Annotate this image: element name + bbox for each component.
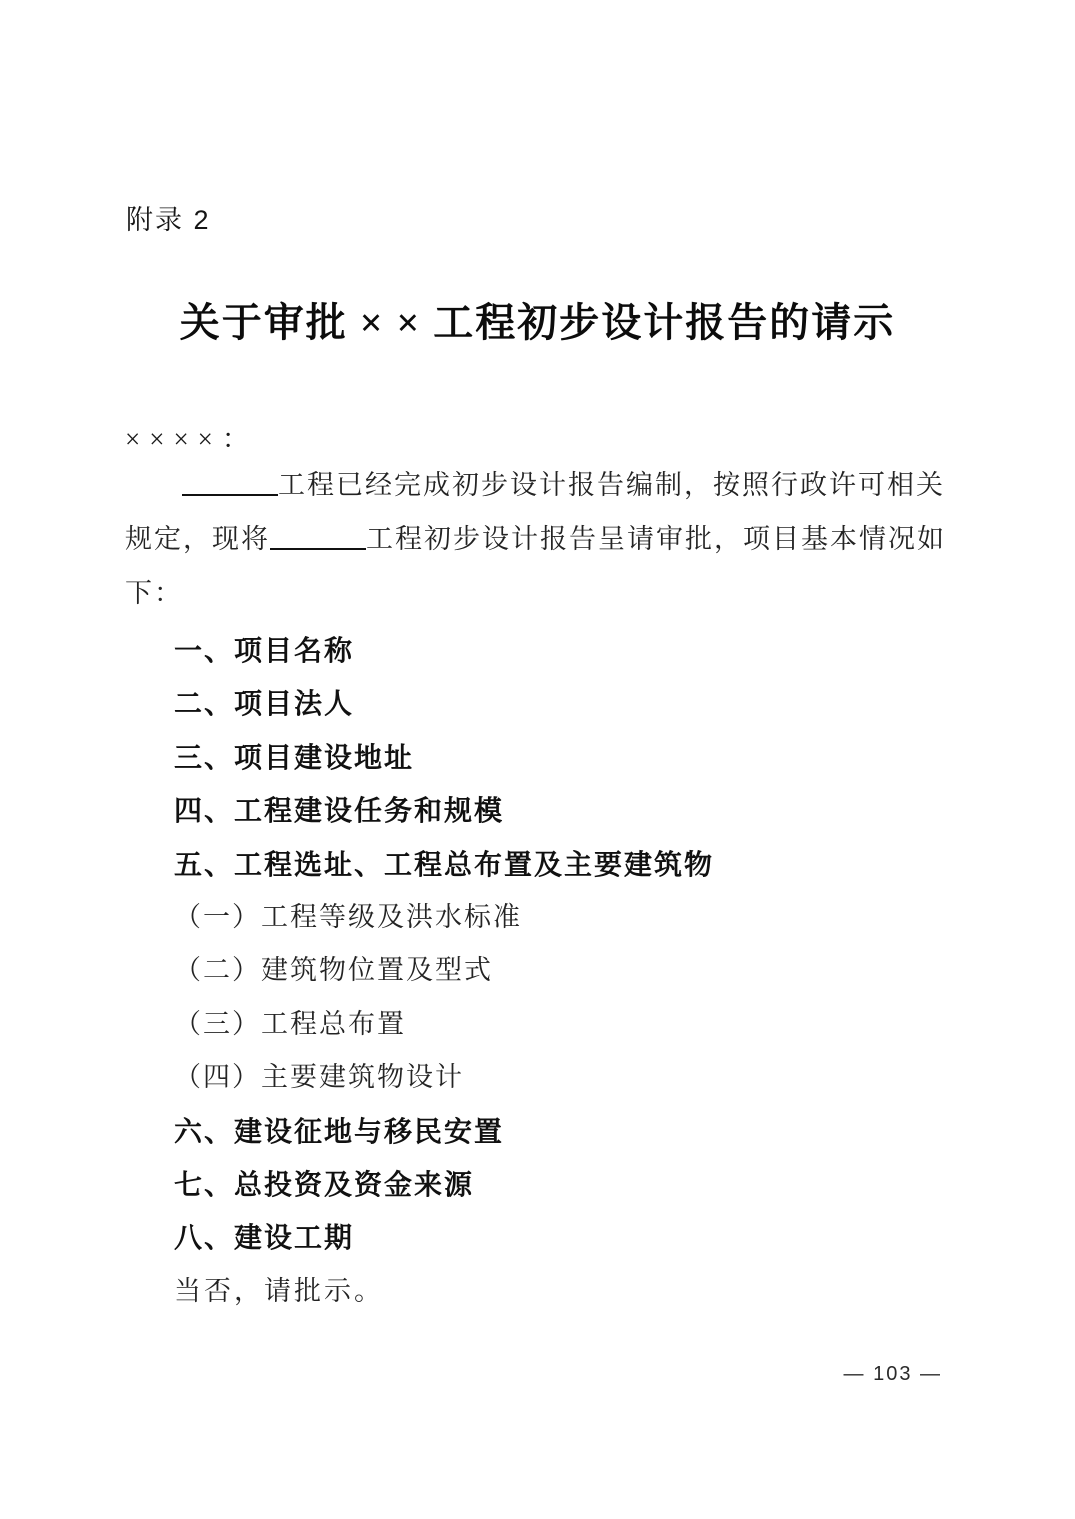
fill-in-blank [270, 522, 366, 550]
outline-subitem: （二）建筑物位置及型式 [174, 944, 714, 997]
outline-item: 一、项目名称 [174, 624, 714, 677]
document-title: 关于审批 × × 工程初步设计报告的请示 [0, 291, 1075, 348]
outline-subitem: （一）工程等级及洪水标准 [174, 891, 714, 944]
paragraph-text: 下： [125, 578, 183, 608]
paragraph-line-1: 工程已经完成初步设计报告编制，按照行政许可相关 [125, 458, 943, 512]
fill-in-blank [182, 468, 278, 496]
paragraph-line-3: 下： [125, 566, 943, 620]
outline-item: 七、总投资及资金来源 [174, 1158, 714, 1211]
outline-list: 一、项目名称 二、项目法人 三、项目建设地址 四、工程建设任务和规模 五、工程选… [174, 624, 714, 1318]
outline-item: 三、项目建设地址 [174, 731, 714, 784]
outline-item: 六、建设征地与移民安置 [174, 1105, 714, 1158]
appendix-label: 附录 2 [126, 198, 211, 237]
paragraph-text: 工程初步设计报告呈请审批，项目基本情况如 [366, 524, 946, 554]
outline-item: 四、工程建设任务和规模 [174, 784, 714, 837]
intro-paragraph: 工程已经完成初步设计报告编制，按照行政许可相关 规定，现将工程初步设计报告呈请审… [125, 458, 943, 620]
paragraph-line-2: 规定，现将工程初步设计报告呈请审批，项目基本情况如 [125, 512, 943, 566]
outline-item: 五、工程选址、工程总布置及主要建筑物 [174, 838, 714, 891]
outline-subitem: （四）主要建筑物设计 [174, 1051, 714, 1104]
paragraph-text: 工程已经完成初步设计报告编制，按照行政许可相关 [278, 470, 945, 500]
page-number: — 103 — [844, 1363, 942, 1386]
closing-line: 当否，请批示。 [174, 1265, 714, 1318]
paragraph-text: 规定，现将 [125, 524, 270, 554]
outline-item: 八、建设工期 [174, 1211, 714, 1264]
outline-item: 二、项目法人 [174, 677, 714, 730]
outline-subitem: （三）工程总布置 [174, 998, 714, 1051]
document-page: 附录 2 关于审批 × × 工程初步设计报告的请示 ××××： 工程已经完成初步… [0, 0, 1075, 1519]
salutation-line: ××××： [125, 417, 258, 456]
